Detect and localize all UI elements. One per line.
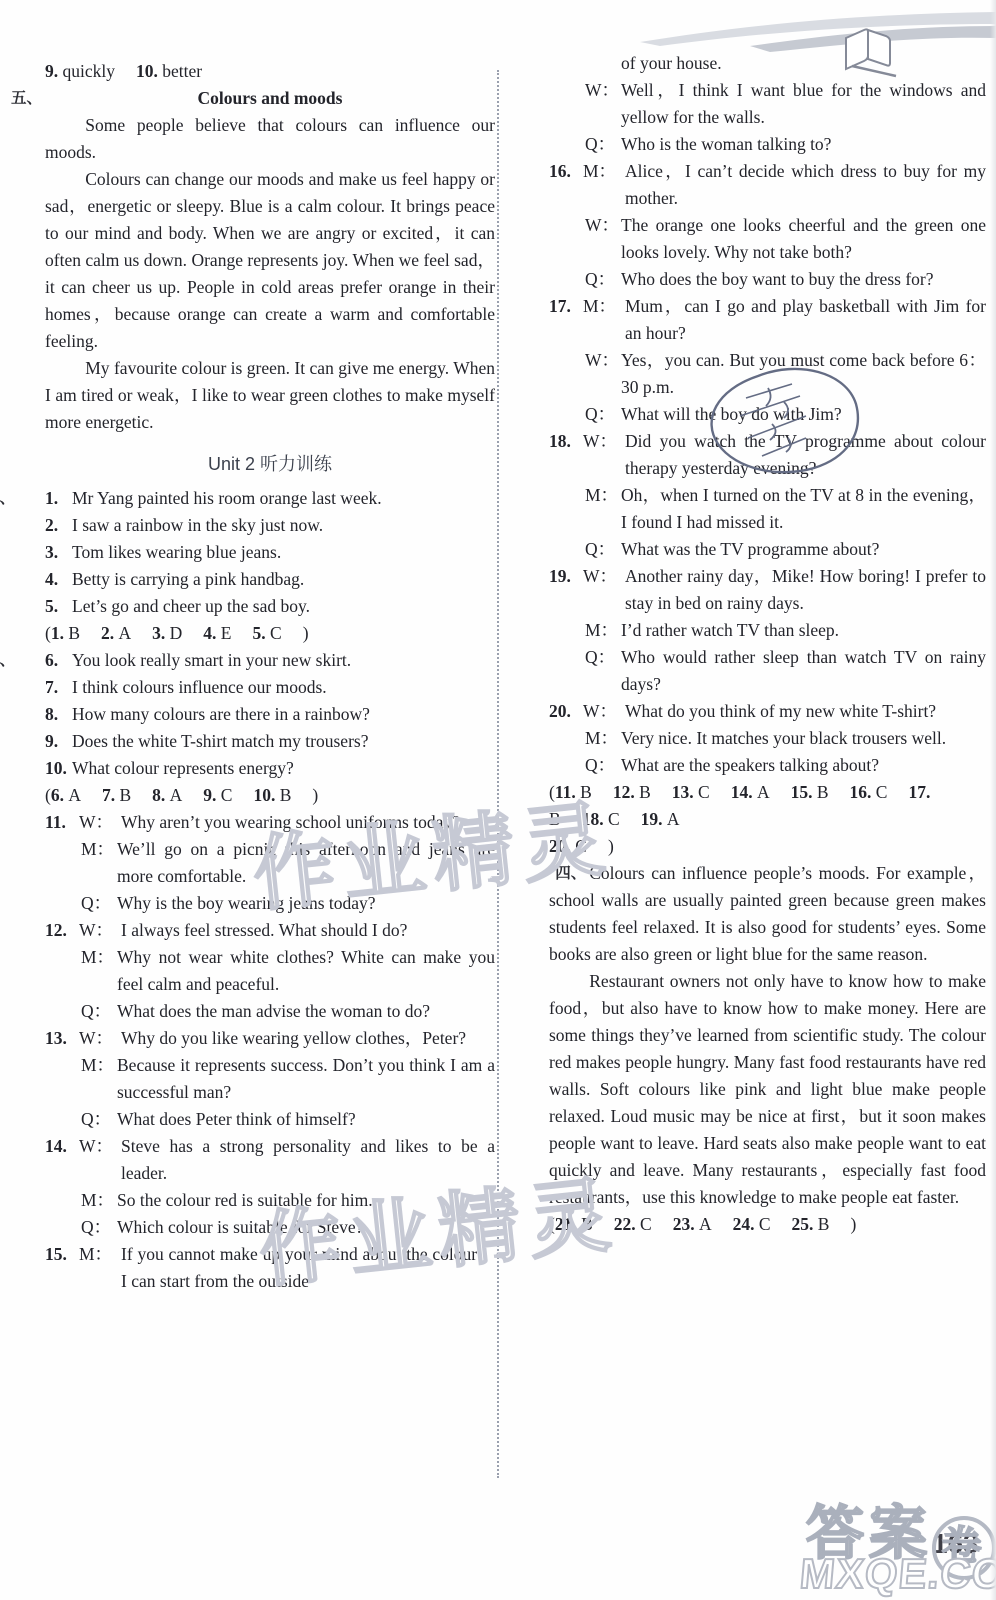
item-number: 5. bbox=[45, 593, 72, 620]
dialog-line: Q：What are the speakers talking about? bbox=[549, 752, 986, 779]
speaker-label: Q： bbox=[81, 890, 117, 917]
answer-number: 10. bbox=[253, 785, 279, 805]
item-number: 12. bbox=[45, 917, 79, 944]
answer-number: 16. bbox=[850, 782, 876, 802]
answer-number: 5. bbox=[253, 623, 271, 643]
speaker-label: W： bbox=[585, 212, 621, 239]
dialog-line: 三、11.W：Why aren’t you wearing school uni… bbox=[45, 809, 495, 836]
answer-value: C bbox=[221, 785, 233, 805]
answer-value: C bbox=[759, 1214, 771, 1234]
dialog-line: 18.W：Did you watch the TV programme abou… bbox=[549, 428, 986, 482]
answer-number: 24. bbox=[733, 1214, 759, 1234]
listening-item: 10.What colour represents energy? bbox=[45, 755, 495, 782]
answer-number: 3. bbox=[152, 623, 170, 643]
listening-item: 一、1.Mr Yang painted his room orange last… bbox=[45, 485, 495, 512]
speaker-label: M： bbox=[81, 1187, 117, 1214]
item-number: 4. bbox=[45, 566, 72, 593]
listening-item: 7.I think colours influence our moods. bbox=[45, 674, 495, 701]
speaker-label: M： bbox=[81, 836, 117, 863]
speaker-label: Q： bbox=[585, 266, 621, 293]
speaker-label: Q： bbox=[585, 752, 621, 779]
speaker-label: W： bbox=[583, 563, 625, 590]
passage-paragraph: Colours can change our moods and make us… bbox=[45, 166, 495, 355]
dialog-line: Q：What does the man advise the woman to … bbox=[45, 998, 495, 1025]
answer-value: A bbox=[170, 785, 183, 805]
answer-number: 7. bbox=[102, 785, 120, 805]
listening-item: 4.Betty is carrying a pink handbag. bbox=[45, 566, 495, 593]
answer-value: A bbox=[667, 809, 680, 829]
workbook-page: 9. quickly10. better五、Colours and moodsS… bbox=[0, 0, 996, 1600]
answer-value: B bbox=[817, 782, 829, 802]
answer-number: 11. bbox=[555, 782, 580, 802]
section-marker: 五、 bbox=[11, 85, 42, 112]
answer-number: 18. bbox=[582, 809, 608, 829]
speaker-label: Q： bbox=[81, 1106, 117, 1133]
speaker-label: W： bbox=[79, 809, 121, 836]
section-marker: 四、 bbox=[515, 860, 586, 887]
answer-number: 8. bbox=[152, 785, 170, 805]
listening-item: 8.How many colours are there in a rainbo… bbox=[45, 701, 495, 728]
dialog-line: 19.W：Another rainy day，Mike! How boring!… bbox=[549, 563, 986, 617]
answer-number: 9. bbox=[203, 785, 221, 805]
answer-number: 6. bbox=[51, 785, 69, 805]
answer-key-line: (11. B12. B13. C14. A15. B16. C17. B18. … bbox=[549, 779, 986, 833]
dialog-line: 12.W：I always feel stressed. What should… bbox=[45, 917, 495, 944]
answer-number: 19. bbox=[641, 809, 667, 829]
answer-value: B bbox=[639, 782, 651, 802]
item-number: 18. bbox=[549, 428, 583, 455]
answer-value: B bbox=[280, 785, 292, 805]
answer-number: 20. bbox=[549, 836, 575, 856]
section-marker: 一、 bbox=[11, 485, 15, 512]
item-number: 2. bbox=[45, 512, 72, 539]
item-number: 16. bbox=[549, 158, 583, 185]
listening-item: 9.Does the white T-shirt match my trouse… bbox=[45, 728, 495, 755]
dialog-line: Q：Who would rather sleep than watch TV o… bbox=[549, 644, 986, 698]
item-number: 6. bbox=[45, 647, 72, 674]
answer-number: 22. bbox=[614, 1214, 640, 1234]
answer-number: 4. bbox=[203, 623, 221, 643]
item-number: 15. bbox=[45, 1241, 79, 1268]
answer-number: 9. bbox=[45, 61, 63, 81]
dialog-line: M：Why not wear white clothes? White can … bbox=[45, 944, 495, 998]
dialog-line: M：So the colour red is suitable for him. bbox=[45, 1187, 495, 1214]
item-number: 7. bbox=[45, 674, 72, 701]
speaker-label: W： bbox=[583, 698, 625, 725]
speaker-label: W： bbox=[79, 1025, 121, 1052]
answer-value: B bbox=[119, 785, 131, 805]
item-number: 11. bbox=[45, 809, 79, 836]
answer-number: 25. bbox=[792, 1214, 818, 1234]
listening-item: 5.Let’s go and cheer up the sad boy. bbox=[45, 593, 495, 620]
item-number: 8. bbox=[45, 701, 72, 728]
answer-value: B bbox=[68, 623, 80, 643]
speaker-label: M： bbox=[583, 293, 625, 320]
dialog-line: M：Oh，when I turned on the TV at 8 in the… bbox=[549, 482, 986, 536]
dialog-line: W：The orange one looks cheerful and the … bbox=[549, 212, 986, 266]
right-column: of your house.W：Well，I think I want blue… bbox=[549, 50, 986, 1238]
speaker-label: M： bbox=[583, 158, 625, 185]
dialog-continuation: of your house. bbox=[549, 50, 986, 77]
answer-number: 10. bbox=[136, 61, 162, 81]
dialog-line: M：Because it represents success. Don’t y… bbox=[45, 1052, 495, 1106]
answer-value: C bbox=[698, 782, 710, 802]
unit-heading: Unit 2 听力训练 bbox=[45, 451, 495, 478]
answer-value: B bbox=[818, 1214, 830, 1234]
speaker-label: W： bbox=[79, 917, 121, 944]
speaker-label: W： bbox=[585, 77, 621, 104]
passage-paragraph: Restaurant owners not only have to know … bbox=[549, 968, 986, 1211]
answer-number: 12. bbox=[613, 782, 639, 802]
answer-value: B bbox=[580, 782, 592, 802]
dialog-line: Q：What was the TV programme about? bbox=[549, 536, 986, 563]
answer-key-line: 20. C) bbox=[549, 833, 986, 860]
dialog-line: 17.M：Mum，can I go and play basketball wi… bbox=[549, 293, 986, 347]
dialog-line: 13.W：Why do you like wearing yellow clot… bbox=[45, 1025, 495, 1052]
answer-key-line: (21. B22. C23. A24. C25. B) bbox=[549, 1211, 986, 1238]
answer-value: A bbox=[699, 1214, 712, 1234]
answer-value: B bbox=[549, 809, 561, 829]
passage-title: 五、Colours and moods bbox=[45, 85, 495, 112]
answer-key-line: 9. quickly10. better bbox=[45, 58, 495, 85]
answer-value: quickly bbox=[63, 61, 116, 81]
answer-value: C bbox=[640, 1214, 652, 1234]
passage-paragraph: 四、Colours can influence people’s moods. … bbox=[549, 860, 986, 968]
speaker-label: M： bbox=[81, 1052, 117, 1079]
item-number: 10. bbox=[45, 755, 72, 782]
speaker-label: M： bbox=[81, 944, 117, 971]
speaker-label: Q： bbox=[585, 644, 621, 671]
answer-key-line: (6. A7. B8. A9. C10. B) bbox=[45, 782, 495, 809]
speaker-label: Q： bbox=[585, 131, 621, 158]
speaker-label: Q： bbox=[81, 1214, 117, 1241]
dialog-line: 16.M：Alice，I can’t decide which dress to… bbox=[549, 158, 986, 212]
speaker-label: M： bbox=[585, 725, 621, 752]
speaker-label: Q： bbox=[81, 998, 117, 1025]
dialog-line: Q：Which colour is suitable for Steve? bbox=[45, 1214, 495, 1241]
answer-value: E bbox=[221, 623, 232, 643]
speaker-label: W： bbox=[585, 347, 621, 374]
dialog-line: W：Yes，you can. But you must come back be… bbox=[549, 347, 986, 401]
answer-number: 15. bbox=[791, 782, 817, 802]
answer-number: 2. bbox=[101, 623, 119, 643]
answer-number: 1. bbox=[51, 623, 69, 643]
column-divider bbox=[497, 70, 499, 1478]
answer-value: A bbox=[119, 623, 132, 643]
dialog-line: M：Very nice. It matches your black trous… bbox=[549, 725, 986, 752]
passage-paragraph: My favourite colour is green. It can giv… bbox=[45, 355, 495, 436]
speaker-label: Q： bbox=[585, 401, 621, 428]
speaker-label: M： bbox=[585, 617, 621, 644]
item-number: 19. bbox=[549, 563, 583, 590]
answer-number: 17. bbox=[908, 782, 930, 802]
answer-number: 21. bbox=[555, 1214, 581, 1234]
listening-item: 二、6.You look really smart in your new sk… bbox=[45, 647, 495, 674]
dialog-line: Q：Who does the boy want to buy the dress… bbox=[549, 266, 986, 293]
speaker-label: W： bbox=[583, 428, 625, 455]
scan-edge-shadow bbox=[990, 0, 996, 1600]
dialog-line: 20.W：What do you think of my new white T… bbox=[549, 698, 986, 725]
answer-number: 13. bbox=[672, 782, 698, 802]
dialog-line: M：I’d rather watch TV than sleep. bbox=[549, 617, 986, 644]
dialog-line: M：We’ll go on a picnic this afternoon an… bbox=[45, 836, 495, 890]
dialog-line: Q：Why is the boy wearing jeans today? bbox=[45, 890, 495, 917]
dialog-line: Q：Who is the woman talking to? bbox=[549, 131, 986, 158]
dialog-line: Q：What does Peter think of himself? bbox=[45, 1106, 495, 1133]
listening-item: 3.Tom likes wearing blue jeans. bbox=[45, 539, 495, 566]
item-number: 1. bbox=[45, 485, 72, 512]
brand-url-watermark: MXQE.COM bbox=[798, 1550, 996, 1598]
item-number: 3. bbox=[45, 539, 72, 566]
item-number: 9. bbox=[45, 728, 72, 755]
answer-number: 23. bbox=[673, 1214, 699, 1234]
listening-item: 2.I saw a rainbow in the sky just now. bbox=[45, 512, 495, 539]
speaker-label: M： bbox=[79, 1241, 121, 1268]
speaker-label: M： bbox=[585, 482, 621, 509]
answer-number: 14. bbox=[731, 782, 757, 802]
answer-value: A bbox=[68, 785, 81, 805]
section-marker: 二、 bbox=[11, 647, 15, 674]
answer-value: better bbox=[162, 61, 202, 81]
speaker-label: W： bbox=[79, 1133, 121, 1160]
item-number: 20. bbox=[549, 698, 583, 725]
answer-value: C bbox=[575, 836, 587, 856]
answer-value: C bbox=[608, 809, 620, 829]
item-number: 13. bbox=[45, 1025, 79, 1052]
dialog-line: 15.M：If you cannot make up your mind abo… bbox=[45, 1241, 495, 1295]
answer-key-line: (1. B2. A3. D4. E5. C) bbox=[45, 620, 495, 647]
dialog-line: W：Well，I think I want blue for the windo… bbox=[549, 77, 986, 131]
answer-value: C bbox=[270, 623, 282, 643]
left-column: 9. quickly10. better五、Colours and moodsS… bbox=[45, 58, 495, 1295]
answer-value: B bbox=[581, 1214, 593, 1234]
answer-value: D bbox=[170, 623, 183, 643]
dialog-line: 14.W：Steve has a strong personality and … bbox=[45, 1133, 495, 1187]
answer-value: C bbox=[876, 782, 888, 802]
answer-value: A bbox=[757, 782, 770, 802]
item-number: 14. bbox=[45, 1133, 79, 1160]
item-number: 17. bbox=[549, 293, 583, 320]
dialog-line: Q：What will the boy do with Jim? bbox=[549, 401, 986, 428]
speaker-label: Q： bbox=[585, 536, 621, 563]
passage-paragraph: Some people believe that colours can inf… bbox=[45, 112, 495, 166]
